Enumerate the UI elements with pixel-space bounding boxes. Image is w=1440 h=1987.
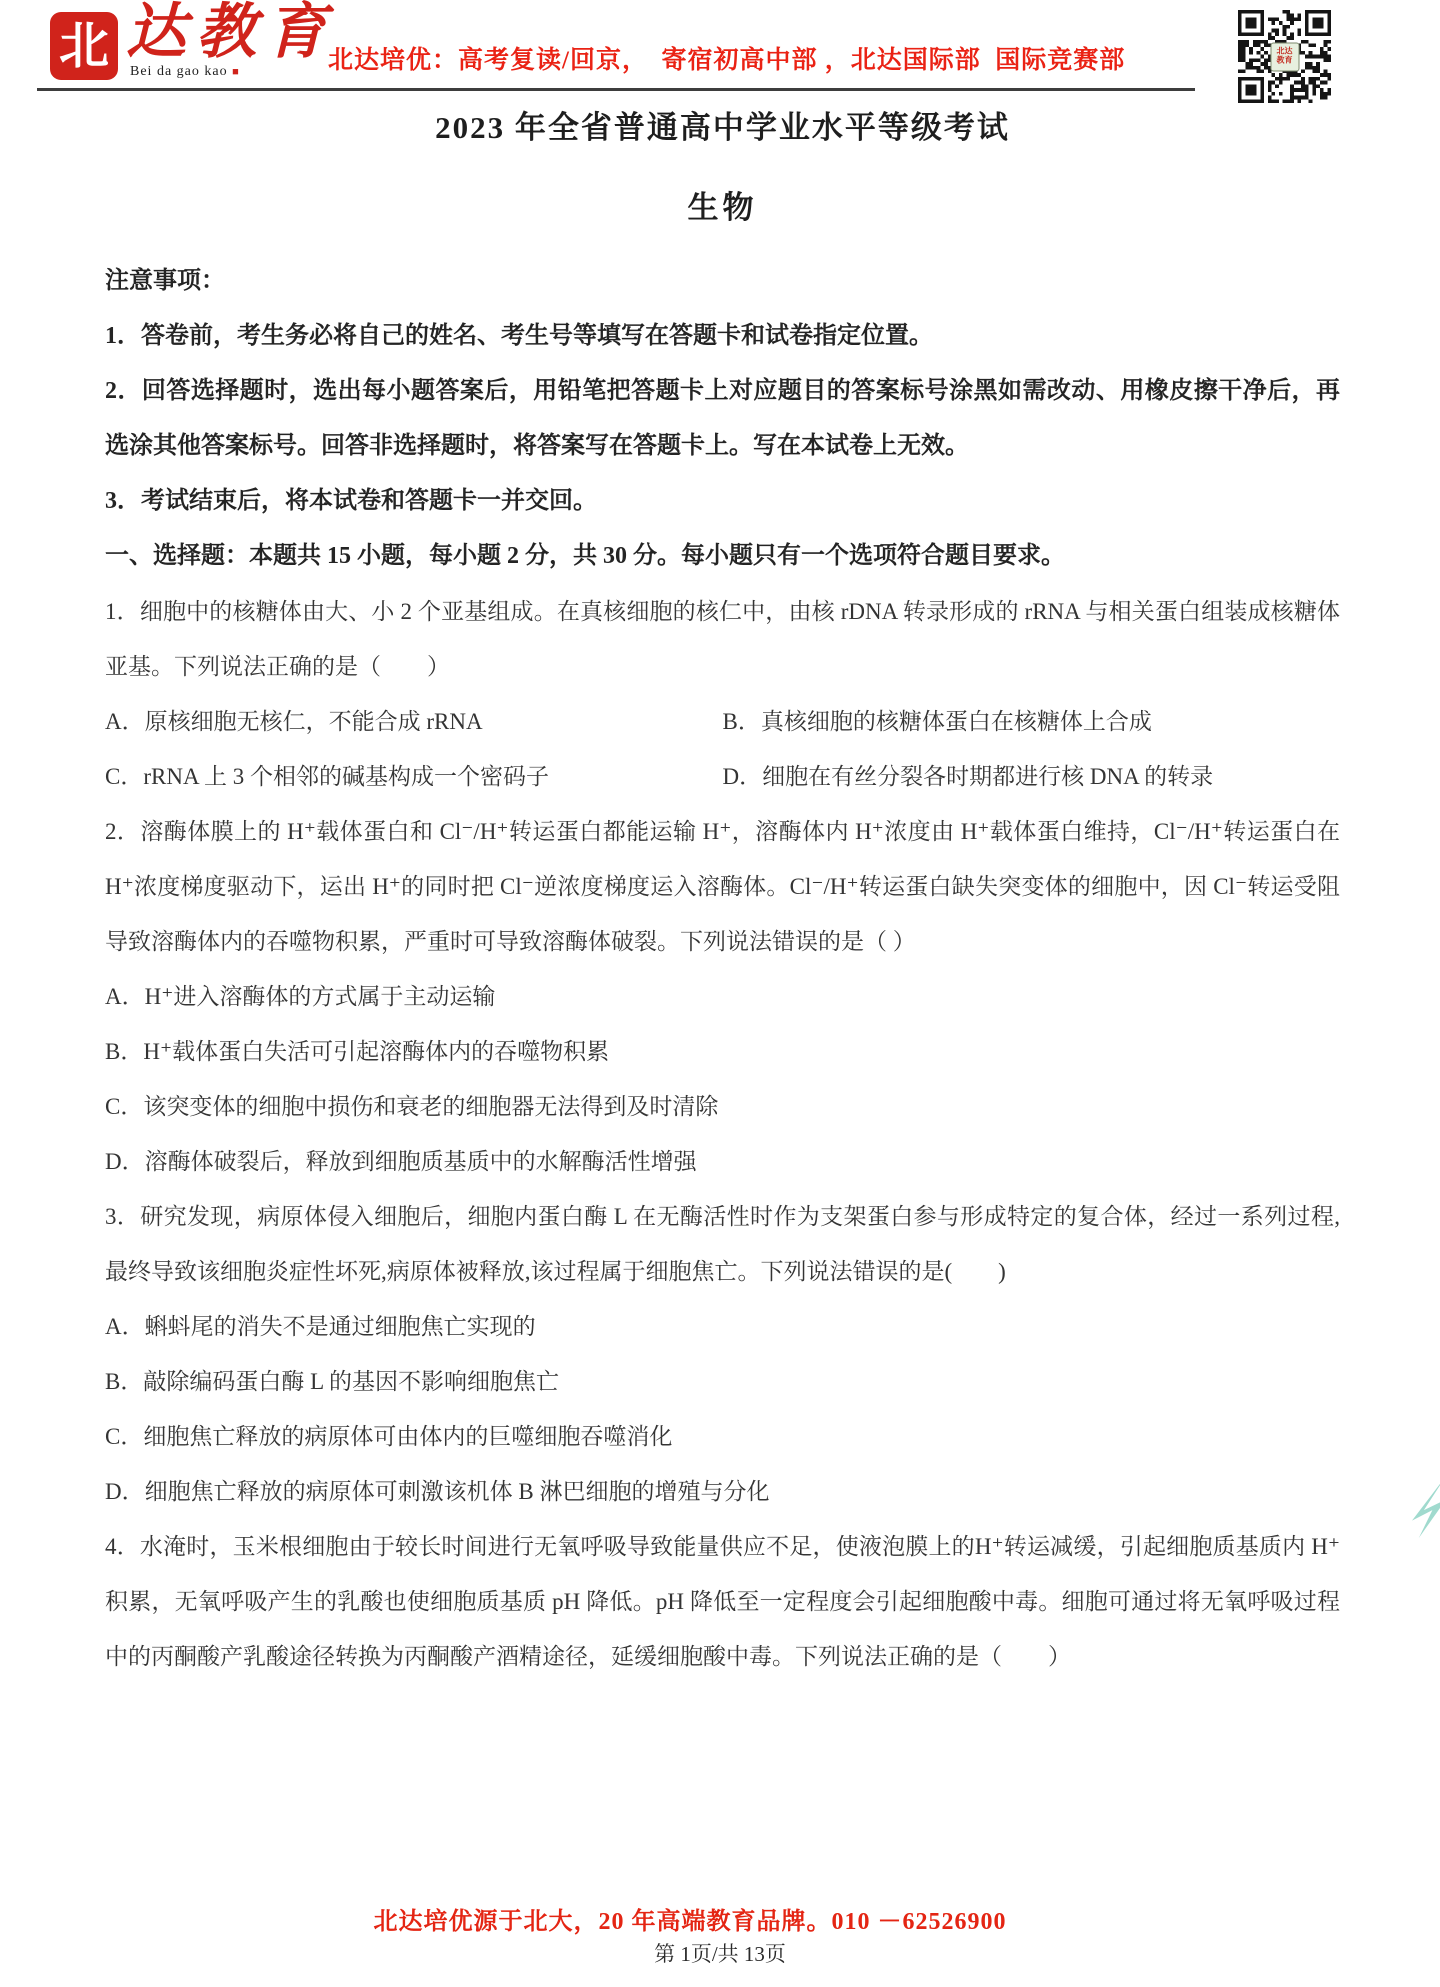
question-1-option-a: A．原核细胞无核仁，不能合成 rRNA bbox=[105, 694, 723, 749]
page-corner-mark bbox=[1412, 1476, 1440, 1538]
question-2-option-d: D．溶酶体破裂后，释放到细胞质基质中的水解酶活性增强 bbox=[105, 1134, 1340, 1189]
brand-calligraphy: 达教育 bbox=[126, 0, 336, 64]
question-2-option-a: A．H⁺进入溶酶体的方式属于主动运输 bbox=[105, 969, 1340, 1024]
brand-seal-char: 北 bbox=[59, 21, 109, 71]
question-3-option-b: B．敲除编码蛋白酶 L 的基因不影响细胞焦亡 bbox=[105, 1354, 1340, 1409]
question-3-stem: 3．研究发现，病原体侵入细胞后，细胞内蛋白酶 L 在无酶活性时作为支架蛋白参与形… bbox=[105, 1189, 1340, 1299]
question-3-option-a: A．蝌蚪尾的消失不是通过细胞焦亡实现的 bbox=[105, 1299, 1340, 1354]
qr-center-label: 北达 教育 bbox=[1270, 42, 1299, 71]
qr-code-icon: 北达 教育 bbox=[1238, 10, 1331, 103]
exam-title: 2023 年全省普通高中学业水平等级考试 bbox=[105, 106, 1340, 150]
footer-promo: 北达培优源于北大，20 年高端教育品牌。010 －62526900 bbox=[0, 1901, 1380, 1936]
notice-heading: 注意事项： bbox=[105, 254, 1340, 309]
question-1-stem: 1．细胞中的核糖体由大、小 2 个亚基组成。在真核细胞的核仁中，由核 rDNA … bbox=[105, 584, 1340, 694]
question-2-stem: 2．溶酶体膜上的 H⁺载体蛋白和 Cl⁻/H⁺转运蛋白都能运输 H⁺，溶酶体内 … bbox=[105, 804, 1340, 969]
question-3: 3．研究发现，病原体侵入细胞后，细胞内蛋白酶 L 在无酶活性时作为支架蛋白参与形… bbox=[105, 1189, 1340, 1519]
question-1-option-c: C．rRNA 上 3 个相邻的碱基构成一个密码子 bbox=[105, 749, 723, 804]
question-2-option-b: B．H⁺载体蛋白失活可引起溶酶体内的吞噬物积累 bbox=[105, 1024, 1340, 1079]
header-tagline: 北达培优：高考复读/回京， 寄宿初高中部 ，北达国际部 国际竞赛部 bbox=[328, 40, 1125, 76]
question-1-option-b: B．真核细胞的核糖体蛋白在核糖体上合成 bbox=[723, 694, 1341, 749]
question-1-options: A．原核细胞无核仁，不能合成 rRNA B．真核细胞的核糖体蛋白在核糖体上合成 … bbox=[105, 694, 1340, 804]
question-3-options: A．蝌蚪尾的消失不是通过细胞焦亡实现的 B．敲除编码蛋白酶 L 的基因不影响细胞… bbox=[105, 1299, 1340, 1519]
exam-paper-page: 北 达教育 Bei da gao kao ■ 北达培优：高考复读/回京， 寄宿初… bbox=[0, 0, 1440, 1987]
brand-subtext: Bei da gao kao ■ bbox=[130, 64, 240, 80]
notice-item-3: 3．考试结束后，将本试卷和答题卡一并交回。 bbox=[105, 474, 1340, 529]
question-4-stem: 4．水淹时，玉米根细胞由于较长时间进行无氧呼吸导致能量供应不足，使液泡膜上的H⁺… bbox=[105, 1519, 1340, 1684]
notice-item-1: 1．答卷前，考生务必将自己的姓名、考生号等填写在答题卡和试卷指定位置。 bbox=[105, 309, 1340, 364]
question-3-option-d: D．细胞焦亡释放的病原体可刺激该机体 B 淋巴细胞的增殖与分化 bbox=[105, 1464, 1340, 1519]
notice-section: 注意事项： 1．答卷前，考生务必将自己的姓名、考生号等填写在答题卡和试卷指定位置… bbox=[105, 254, 1340, 584]
question-1: 1．细胞中的核糖体由大、小 2 个亚基组成。在真核细胞的核仁中，由核 rDNA … bbox=[105, 584, 1340, 804]
brand-bullet-icon: ■ bbox=[232, 66, 240, 78]
brand-seal-logo: 北 bbox=[52, 14, 116, 78]
notice-item-2: 2．回答选择题时，选出每小题答案后，用铅笔把答题卡上对应题目的答案标号涂黑如需改… bbox=[105, 364, 1340, 474]
header-divider bbox=[37, 88, 1195, 91]
question-4: 4．水淹时，玉米根细胞由于较长时间进行无氧呼吸导致能量供应不足，使液泡膜上的H⁺… bbox=[105, 1519, 1340, 1684]
exam-body: 2023 年全省普通高中学业水平等级考试 生物 注意事项： 1．答卷前，考生务必… bbox=[105, 92, 1340, 1684]
question-1-option-d: D．细胞在有丝分裂各时期都进行核 DNA 的转录 bbox=[723, 749, 1341, 804]
question-3-option-c: C．细胞焦亡释放的病原体可由体内的巨噬细胞吞噬消化 bbox=[105, 1409, 1340, 1464]
question-2-option-c: C．该突变体的细胞中损伤和衰老的细胞器无法得到及时清除 bbox=[105, 1079, 1340, 1134]
question-2: 2．溶酶体膜上的 H⁺载体蛋白和 Cl⁻/H⁺转运蛋白都能运输 H⁺，溶酶体内 … bbox=[105, 804, 1340, 1189]
header: 北 达教育 Bei da gao kao ■ 北达培优：高考复读/回京， 寄宿初… bbox=[0, 0, 1440, 95]
question-2-options: A．H⁺进入溶酶体的方式属于主动运输 B．H⁺载体蛋白失活可引起溶酶体内的吞噬物… bbox=[105, 969, 1340, 1189]
exam-subject: 生物 bbox=[105, 186, 1340, 230]
section-heading: 一、选择题：本题共 15 小题，每小题 2 分，共 30 分。每小题只有一个选项… bbox=[105, 529, 1340, 584]
page-number: 第 1页/共 13页 bbox=[0, 1938, 1440, 1968]
